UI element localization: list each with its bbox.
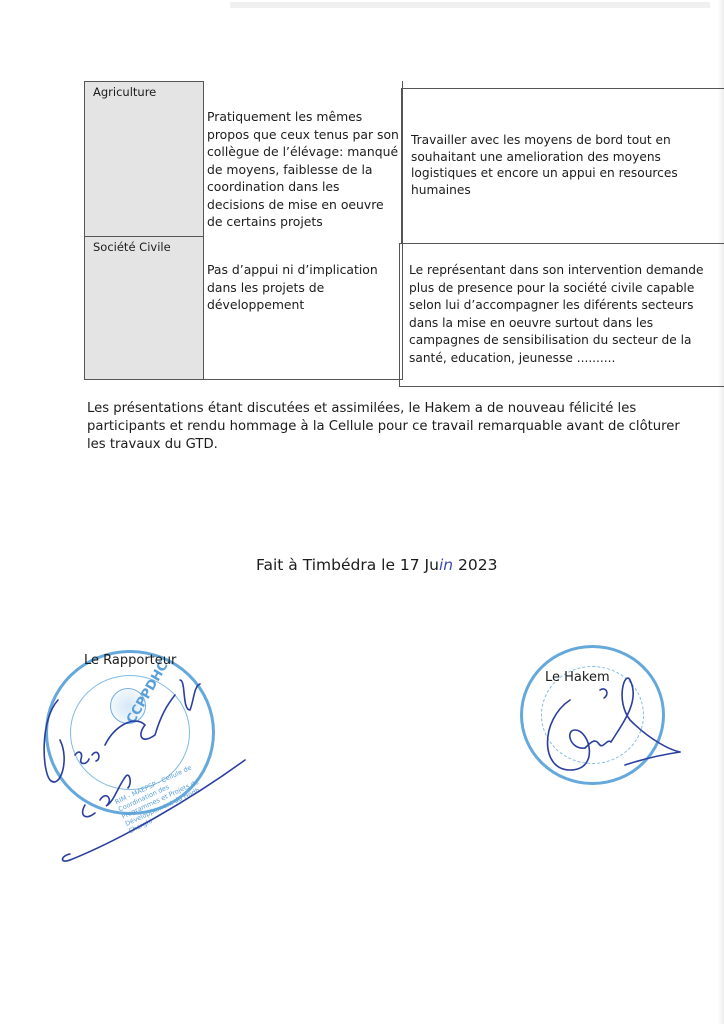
recommendations-societe-civile: Le représentant dans son intervention de… [409, 262, 714, 367]
place-date-line: Fait à Timbédra le 17 Juin 2023 [256, 556, 497, 574]
rapporteur-signature-icon [30, 660, 250, 870]
sector-label: Société Civile [93, 239, 171, 255]
table-cell-recommendations-societe-civile: Le représentant dans son intervention de… [399, 243, 724, 387]
table-column-issues: Pratiquement les mêmes propos que ceux t… [203, 81, 403, 380]
closing-paragraph: Les présentations étant discutées et ass… [87, 400, 687, 454]
issues-agriculture: Pratiquement les mêmes propos que ceux t… [207, 108, 399, 231]
issues-societe-civile: Pas d’appui ni d’implication dans les pr… [207, 261, 399, 314]
place-date-year: 2023 [458, 556, 497, 574]
table-cell-sector-societe-civile: Société Civile [84, 236, 204, 380]
recommendations-agriculture: Travailler avec les moyens de bord tout … [411, 132, 716, 198]
hakem-label: Le Hakem [545, 670, 610, 685]
handwritten-date-correction: in [439, 556, 453, 574]
rapporteur-label: Le Rapporteur [84, 653, 176, 668]
place-date-prefix: Fait à Timbédra le 17 Ju [256, 556, 439, 574]
sector-label: Agriculture [93, 84, 156, 100]
table-cell-sector-agriculture: Agriculture [84, 81, 204, 237]
table-cell-recommendations-agriculture: Travailler avec les moyens de bord tout … [401, 88, 724, 244]
scan-bleed-artifact [230, 2, 710, 8]
